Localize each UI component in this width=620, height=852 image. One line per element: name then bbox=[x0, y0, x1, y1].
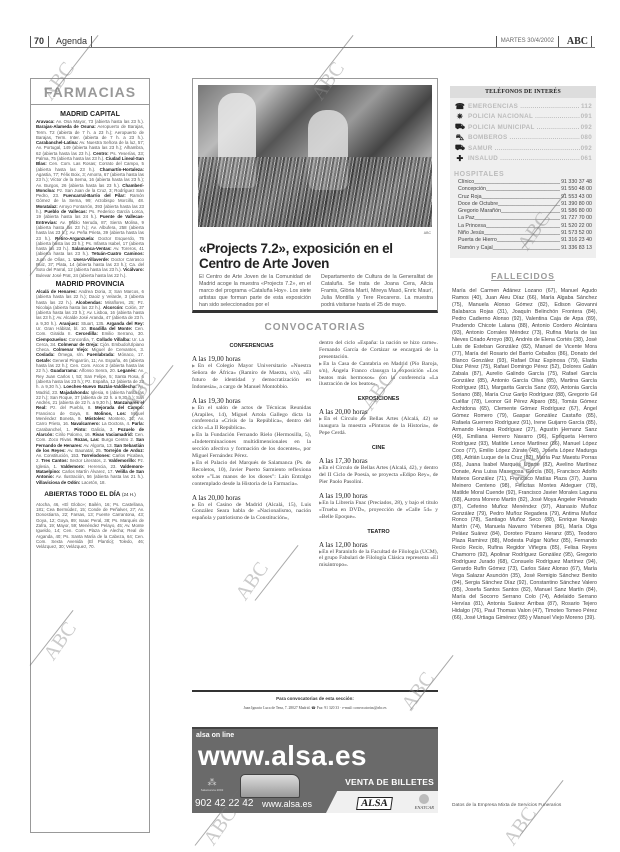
photo-grass bbox=[198, 157, 432, 227]
pharmacy-district: Boadilla del Monte: bbox=[90, 326, 133, 331]
pharmacy-address: Av. Ilustración, 56 (abierta hasta las 2… bbox=[54, 474, 144, 479]
service-phone-row: ✷POLICÍA NACIONAL091 bbox=[450, 112, 596, 123]
pharmacy-district: Fuenlabrada: bbox=[87, 352, 115, 357]
feature-headline: «Projects 7.2», exposición en el Centro … bbox=[199, 241, 435, 271]
convocatorias-col2: dentro del ciclo «España: la nación se h… bbox=[319, 340, 438, 569]
hospital-number: 91 727 70 00 bbox=[560, 215, 592, 222]
pharmacy-district: Usera-Villaverde: bbox=[73, 257, 109, 262]
service-name: INSALUD bbox=[468, 155, 580, 162]
event-item: En el Círculo de Bellas Artes (Alcalá, 4… bbox=[319, 416, 438, 437]
pharmacy-district: Pinto: bbox=[74, 427, 86, 432]
hospitals-title: HOSPITALES bbox=[450, 167, 596, 179]
farmacias-title: FARMACIAS bbox=[31, 79, 149, 105]
hospital-row: La Princesa91 520 22 00 bbox=[450, 223, 596, 230]
hospital-number: 91 390 80 00 bbox=[560, 201, 592, 208]
farmacias-box: FARMACIAS MADRID CAPITAL Aravaca: Av. Os… bbox=[30, 78, 150, 833]
pharmacy-district: Guadarrama: bbox=[50, 368, 77, 373]
pharmacy-district: Aravaca: bbox=[36, 119, 55, 124]
service-name: SAMUR bbox=[468, 145, 580, 152]
hospital-name: Puerta de Hierro bbox=[458, 237, 560, 244]
pharmacy-address: Bulevar José Prat, 24 (abierta hasta las… bbox=[36, 273, 127, 278]
event-category: EXPOSICIONES bbox=[319, 396, 438, 402]
pharmacy-district: Navalcarnero: bbox=[71, 421, 100, 426]
pharmacy-district: Vicálvaro: bbox=[123, 267, 144, 272]
provincia-pharmacy-list: Alcalá de Henares: Andrea Doria, 3; San … bbox=[36, 289, 144, 485]
hospital-row: Gregorio Marañón91 586 80 00 bbox=[450, 208, 596, 215]
ad-phone: 902 42 22 42 bbox=[195, 798, 253, 809]
pharmacy-district: Aranjuez: bbox=[59, 321, 79, 326]
event-category: TEATRO bbox=[319, 529, 438, 535]
telefonos-box: TELÉFONOS DE INTERÉS ☎EMERGENCIAS112✷POL… bbox=[450, 86, 596, 258]
pharmacy-district: Torrelodones: bbox=[81, 453, 110, 458]
pharmacy-address: Av. Algorta, 13. bbox=[82, 443, 114, 448]
hospital-name: Clínico bbox=[458, 179, 560, 186]
hospital-row: Ramón y Cajal91 336 83 13 bbox=[450, 245, 596, 252]
provincia-heading: MADRID PROVINCIA bbox=[36, 281, 144, 288]
hospital-row: La Paz91 727 70 00 bbox=[450, 215, 596, 222]
event-time: A las 20,00 horas bbox=[192, 494, 311, 502]
pharmacy-address: Emilio Serrano, 30. bbox=[98, 331, 144, 336]
fallecidos-title: FALLECIDOS bbox=[450, 271, 596, 281]
photo-credit: ABC bbox=[424, 231, 431, 235]
pharmacy-district: Fuencarral-Barrio del Pilar: bbox=[63, 193, 125, 198]
page-header: 70 Agenda MARTES 30/4/2002 ABC bbox=[30, 36, 595, 48]
pharmacy-district: Collado Villalba: bbox=[96, 337, 130, 342]
section-name: Agenda bbox=[56, 36, 92, 47]
pharmacy-district: Retiro-Arganzuela: bbox=[55, 236, 94, 241]
event-category: CINE bbox=[319, 445, 438, 451]
service-number: 080 bbox=[580, 134, 592, 141]
car-icon: ⛟ bbox=[454, 122, 466, 132]
pharmacy-address: Av. Constitución, 153. bbox=[36, 453, 81, 458]
hospital-number: 91 573 52 00 bbox=[560, 230, 592, 237]
pharmacy-district: Moratalaz: bbox=[36, 204, 58, 209]
service-name: EMERGENCIAS bbox=[468, 103, 580, 110]
pharmacy-district: Parla: bbox=[132, 421, 144, 426]
pharmacy-district: Loeches-Nuevo Baztán-Valdilecha: bbox=[64, 384, 137, 389]
footer-note: Para convocatorias de esta sección: bbox=[192, 696, 438, 701]
pharmacy-address: Miguel de Cervantes, 3. bbox=[88, 347, 144, 352]
issue-date: MARTES 30/4/2002 bbox=[496, 36, 559, 47]
hospitals-list: Clínico91 330 37 48Concepción91 550 48 0… bbox=[450, 179, 596, 252]
event-item: En el Círculo de Bellas Artes (Alcalá, 4… bbox=[319, 465, 438, 486]
pharmacy-address: Burgo Centro 2. bbox=[100, 437, 136, 442]
event-item: En la Librería Fnac (Preciados, 28), y b… bbox=[319, 500, 438, 521]
pharmacy-district: Alcobendas: bbox=[76, 300, 102, 305]
pharmacy-district: Ciempozuelos: bbox=[36, 337, 67, 342]
pharmacy-district: Coslada: bbox=[36, 352, 55, 357]
service-phone-row: ☎EMERGENCIAS112 bbox=[450, 101, 596, 112]
service-name: POLICÍA NACIONAL bbox=[468, 113, 580, 120]
hospital-name: Niño Jesús bbox=[458, 230, 560, 237]
convocatorias-title: CONVOCATORIAS bbox=[192, 322, 438, 333]
fallecidos-list: María del Carmen Adánez Lozano (67), Man… bbox=[452, 288, 597, 622]
pharmacy-district: Colmenar de Oreja: bbox=[58, 342, 99, 347]
event-time: A las 19,30 horas bbox=[192, 397, 311, 405]
pharmacy-address: Carabanchel, 1. bbox=[36, 427, 74, 432]
pharmacy-district: Tetuán-Cuatro Caminos: bbox=[92, 251, 144, 256]
hospital-number: 91 336 83 13 bbox=[560, 245, 592, 252]
pharmacy-address: Francisco de Goya, 8. bbox=[36, 411, 94, 416]
ambulance-icon: ⛟ bbox=[454, 143, 466, 153]
ad-tag: alsa on line bbox=[196, 732, 234, 739]
event-item: En el Paraninfo de la Facultad de Filolo… bbox=[319, 549, 438, 570]
hospital-row: Clínico91 330 37 48 bbox=[450, 179, 596, 186]
pharmacy-district: Villaviciosa de Odón: bbox=[36, 480, 80, 485]
telefonos-title: TELÉFONOS DE INTERÉS bbox=[450, 86, 596, 98]
event-item: En el salón de actos de Técnicas Reunida… bbox=[192, 405, 311, 433]
pharmacy-district: Arganda del Rey: bbox=[106, 321, 144, 326]
service-phone-row: ⛟SAMUR092 bbox=[450, 143, 596, 154]
pharmacy-district: Barajas-Alameda de Osuna: bbox=[36, 124, 96, 129]
pharmacy-address: Ómega, s/n. bbox=[55, 352, 87, 357]
pharmacy-address: Lacetón, 18. bbox=[80, 480, 105, 485]
service-number: 092 bbox=[580, 145, 592, 152]
service-phone-row: ⛍BOMBEROS080 bbox=[450, 133, 596, 144]
open24-suffix: (24 H.) bbox=[122, 492, 136, 497]
pharmacy-district: Mejorada del Campo: bbox=[95, 405, 144, 410]
pharmacy-district: Leganés: bbox=[117, 368, 136, 373]
pharmacy-district: Carabanchel-Latina: bbox=[36, 140, 78, 145]
event-item: En el Casino de Madrid (Alcalá, 15), Lui… bbox=[192, 502, 311, 523]
pharmacy-address: Av. Baunatal, 25. bbox=[66, 448, 104, 453]
pharmacy-district: Chamartín-Hortaleza: bbox=[100, 167, 144, 172]
medical-cross-icon: ✚ bbox=[454, 154, 466, 163]
event-time: A las 17,30 horas bbox=[319, 457, 438, 465]
pharmacy-district: Alcalá de Henares: bbox=[36, 289, 77, 294]
pharmacy-district: Colmenar Viejo: bbox=[53, 347, 88, 352]
hospital-number: 91 553 43 00 bbox=[560, 194, 592, 201]
convocatorias-body: CONFERENCIASA las 19,00 horasEn el Coleg… bbox=[192, 340, 438, 569]
pharmacy-address: Ur. Gran Hábitat, bl. 10. bbox=[36, 326, 90, 331]
police-light-icon: ✷ bbox=[454, 112, 466, 121]
hospital-number: 91 330 37 48 bbox=[560, 179, 592, 186]
ad-url[interactable]: www.alsa.es bbox=[198, 741, 367, 771]
stars-icon: ⁂ bbox=[196, 777, 228, 788]
event-item: En la Casa de Cantabria en Madrid (Pío B… bbox=[319, 361, 438, 389]
open24-list: Atocha, 46, «El Globo»; Bailén, 16; Ps. … bbox=[36, 502, 144, 550]
hospital-row: Niño Jesús91 573 52 00 bbox=[450, 230, 596, 237]
fallecidos-source: Datos de la Empresa Mixta de Servicios F… bbox=[452, 803, 597, 808]
hospital-name: Ramón y Cajal bbox=[458, 245, 560, 252]
pharmacy-district: Móstoles: bbox=[85, 416, 106, 421]
pharmacy-address: Concordia, 7. bbox=[67, 337, 96, 342]
ad-headline: VENTA DE BILLETES bbox=[345, 777, 434, 787]
hospital-row: Cruz Roja91 553 43 00 bbox=[450, 194, 596, 201]
pharmacy-district: Rivas Vaciamadrid: bbox=[92, 432, 133, 437]
pharmacy-district: Getafe: bbox=[36, 358, 51, 363]
event-item: En el Palacio del Marqués de Salamanca (… bbox=[192, 460, 311, 488]
phone-icon: ☎ bbox=[454, 102, 466, 111]
pharmacy-address: Herencia, 23. bbox=[85, 464, 121, 469]
bus-image bbox=[240, 774, 300, 798]
event-item: En la Fundación Fernando Rielo (Hermosil… bbox=[192, 432, 311, 460]
pharmacy-address: La Doctora, 4. bbox=[100, 421, 132, 426]
service-number: 112 bbox=[580, 103, 592, 110]
service-name: POLICÍA MUNICIPAL bbox=[468, 124, 580, 131]
capital-heading: MADRID CAPITAL bbox=[36, 111, 144, 118]
pharmacy-address: Mónaco, 17. bbox=[115, 352, 144, 357]
feature-photo bbox=[198, 85, 432, 227]
pharmacy-district: Majadahonda: bbox=[60, 390, 90, 395]
pharmacy-address: Juan de Olías, 1. bbox=[36, 257, 73, 262]
footer-contact: Juan Ignacio Luca de Tena, 7. 28027 Madr… bbox=[192, 706, 438, 710]
pharmacy-address: Carlos Martín Álvarez, 17. bbox=[60, 469, 115, 474]
services-list: ☎EMERGENCIAS112✷POLICÍA NACIONAL091⛟POLI… bbox=[450, 98, 596, 164]
service-number: 061 bbox=[580, 155, 592, 162]
feature-body: El Centro de Arte Joven de la Comunidad … bbox=[199, 274, 433, 309]
pharmacy-district: Centro: bbox=[93, 151, 109, 156]
fire-truck-icon: ⛍ bbox=[454, 133, 466, 143]
pharmacy-address: Galicia, 3. bbox=[87, 427, 118, 432]
capital-pharmacy-list: Aravaca: Av. Osa Mayor, 73 (abierta hast… bbox=[36, 119, 144, 278]
hospital-name: Cruz Roja bbox=[458, 194, 560, 201]
hospital-number: 91 586 80 00 bbox=[560, 208, 592, 215]
ad-url-small[interactable]: www.alsa.es bbox=[262, 799, 312, 809]
salamanca-logo: ⁂ Salamanca 2002 bbox=[196, 777, 228, 795]
event-item: En el Colegio Mayor Universitario «Nuest… bbox=[192, 363, 311, 391]
event-time: A las 19,00 horas bbox=[192, 355, 311, 363]
hospital-name: Gregorio Marañón bbox=[458, 208, 560, 215]
hospital-name: Concepción bbox=[458, 186, 560, 193]
feature-body-col2: Departamento de Cultura de la Generalita… bbox=[321, 274, 433, 309]
pharmacy-address: Stuart, 135. bbox=[79, 321, 106, 326]
pharmacy-district: Alcorcón: bbox=[103, 305, 124, 310]
pharmacy-address: Cirilo Palomo, 16. bbox=[54, 432, 93, 437]
pharmacy-district: Molinos, Los: bbox=[94, 411, 126, 416]
enatcar-logo: ENATCAR bbox=[415, 794, 434, 810]
feature-article: ABC «Projects 7.2», exposición en el Cen… bbox=[192, 78, 438, 313]
service-number: 091 bbox=[580, 113, 592, 120]
pharmacy-address: Alfonso Senra, 20. bbox=[78, 368, 118, 373]
convocatorias-col1: CONFERENCIASA las 19,00 horasEn el Coleg… bbox=[192, 340, 311, 569]
hospital-number: 91 520 22 00 bbox=[560, 223, 592, 230]
event-time: A las 12,00 horas bbox=[319, 541, 438, 549]
pharmacy-district: Salamanca-Ventas: bbox=[72, 246, 112, 251]
brand-logo: ABC bbox=[567, 36, 592, 47]
alsa-advertisement[interactable]: alsa on line www.alsa.es ⁂ Salamanca 200… bbox=[192, 727, 438, 813]
alsa-logo: ALSA bbox=[356, 797, 393, 810]
pharmacy-district: Valdemoro: bbox=[61, 464, 85, 469]
pharmacy-district: Pueblo de Vallecas: bbox=[44, 209, 87, 214]
service-name: BOMBEROS bbox=[468, 134, 580, 141]
hospital-number: 91 550 48 00 bbox=[560, 186, 592, 193]
pharmacy-district: Rozas, Las: bbox=[74, 437, 99, 442]
page-number: 70 bbox=[30, 36, 49, 47]
hospital-name: Doce de Octubre bbox=[458, 201, 560, 208]
watermark-abc: ABC bbox=[499, 803, 541, 850]
service-number: 092 bbox=[580, 124, 592, 131]
pharmacy-district: Torrejón de Ardoz: bbox=[104, 448, 144, 453]
pharmacy-district: Tres Cantos: bbox=[41, 458, 68, 463]
convocatorias-footer: Para convocatorias de esta sección: Juan… bbox=[192, 690, 438, 710]
pharmacy-address: Pz. del Pueblo, 8. bbox=[47, 405, 95, 410]
event-category: CONFERENCIAS bbox=[192, 343, 311, 349]
hospital-number: 91 316 23 40 bbox=[560, 237, 592, 244]
open24-heading: ABIERTAS TODO EL DÍA (24 H.) bbox=[36, 491, 144, 498]
feature-body-col1: El Centro de Arte Joven de la Comunidad … bbox=[199, 274, 311, 309]
service-phone-row: ✚INSALUD061 bbox=[450, 154, 596, 165]
hospital-row: Doce de Octubre91 390 80 00 bbox=[450, 201, 596, 208]
hospital-row: Puerta de Hierro91 316 23 40 bbox=[450, 237, 596, 244]
hospital-name: La Paz bbox=[458, 215, 560, 222]
pharmacy-district: Valdemorillo: bbox=[109, 458, 137, 463]
event-time: A las 19,00 horas bbox=[319, 492, 438, 500]
pharmacy-address: Sector Literatos, 2. bbox=[68, 458, 108, 463]
hospital-row: Concepción91 550 48 00 bbox=[450, 186, 596, 193]
hospital-name: La Princesa bbox=[458, 223, 560, 230]
event-item: dentro del ciclo «España: la nación se h… bbox=[319, 340, 438, 361]
service-phone-row: ⛟POLICÍA MUNICIPAL092 bbox=[450, 122, 596, 133]
pharmacy-district: Cercedilla: bbox=[75, 331, 97, 336]
pharmacy-address: Av. Osa Mayor, 73 (abierta hasta las 23 … bbox=[55, 119, 144, 124]
